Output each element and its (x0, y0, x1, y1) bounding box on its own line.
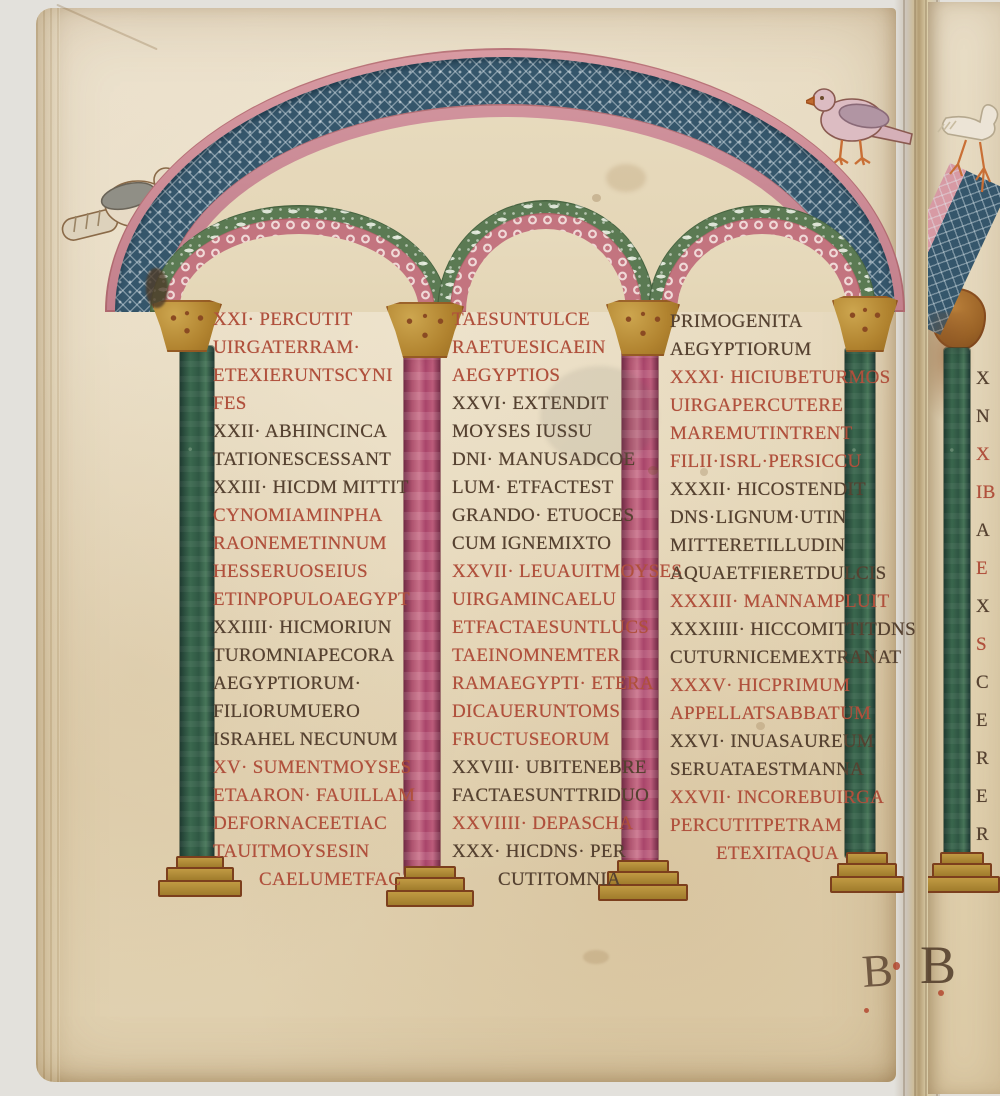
manuscript-line: XXIII· HICDM MITTIT (213, 474, 413, 502)
manuscript-line: HESSERUOSEIUS (213, 558, 413, 586)
manuscript-line: MITTERETILLUDIN (670, 532, 875, 560)
manuscript-line: E (976, 702, 996, 740)
manuscript-line: XXXII· HICOSTENDIT (670, 476, 875, 504)
manuscript-line: MAREMUTINTRENT (670, 420, 875, 448)
manuscript-line: UIRGAPERCUTERE (670, 392, 875, 420)
manuscript-scan: XXI· PERCUTITUIRGATERRAM·ETEXIERUNTSCYNI… (0, 0, 1000, 1096)
manuscript-line: A (976, 512, 996, 550)
manuscript-line: XXVIIII· DEPASCHA (452, 810, 647, 838)
green-column (180, 346, 214, 862)
text-column-left: XXI· PERCUTITUIRGATERRAM·ETEXIERUNTSCYNI… (213, 306, 413, 894)
manuscript-line: XXXIII· MANNAMPLUIT (670, 588, 875, 616)
manuscript-line: SERUATAESTMANNA (670, 756, 875, 784)
manuscript-line: AEGYPTIOS (452, 362, 647, 390)
manuscript-line: CUTURNICEMEXTRANAT (670, 644, 875, 672)
quire-mark: B (860, 943, 894, 998)
red-speck (893, 962, 900, 970)
manuscript-line: DEFORNACEETIAC (213, 810, 413, 838)
manuscript-line: AQUAETFIERETDULCIS (670, 560, 875, 588)
manuscript-line: LUM· ETFACTEST (452, 474, 647, 502)
bird-icon (936, 88, 1000, 200)
manuscript-line: ETEXIERUNTSCYNI (213, 362, 413, 390)
manuscript-line: PERCUTITPETRAM (670, 812, 875, 840)
manuscript-line: ETEXITAQUA (670, 840, 875, 868)
manuscript-line: TUROMNIAPECORA (213, 642, 413, 670)
text-column-middle: TAESUNTULCERAETUESICAEINAEGYPTIOSXXVI· E… (452, 306, 647, 894)
manuscript-line: ETAARON· FAUILLAM (213, 782, 413, 810)
manuscript-line: UIRGATERRAM· (213, 334, 413, 362)
manuscript-line: XXVI· INUASAUREUM (670, 728, 875, 756)
manuscript-line: RAETUESICAEIN (452, 334, 647, 362)
manuscript-line: ETFACTAESUNTLUCS (452, 614, 647, 642)
manuscript-line: CAELUMETFAC (213, 866, 413, 894)
manuscript-line: DICAUERUNTOMS (452, 698, 647, 726)
manuscript-line: XXVIII· UBITENEBRE (452, 754, 647, 782)
manuscript-line: RAMAEGYPTI· ETERA (452, 670, 647, 698)
manuscript-line: MOYSES IUSSU (452, 418, 647, 446)
manuscript-line: XV· SUMENTMOYSES (213, 754, 413, 782)
manuscript-line: APPELLATSABBATUM (670, 700, 875, 728)
right-folio: XNXIBAEXSCERER (928, 2, 1000, 1094)
manuscript-line: XXII· ABHINCINCA (213, 418, 413, 446)
manuscript-line: R (976, 816, 996, 854)
manuscript-line: XXIIII· HICMORIUN (213, 614, 413, 642)
manuscript-line: C (976, 664, 996, 702)
manuscript-line: DNI· MANUSADCOE (452, 446, 647, 474)
manuscript-line: E (976, 778, 996, 816)
manuscript-line: XXVII· LEUAUITMOYSES (452, 558, 647, 586)
manuscript-line: DNS·LIGNUM·UTIN (670, 504, 875, 532)
green-column (944, 348, 970, 858)
text-column-right: PRIMOGENITAAEGYPTIORUMXXXI· HICIUBETURMO… (670, 308, 875, 868)
manuscript-line: AEGYPTIORUM· (213, 670, 413, 698)
manuscript-line: CYNOMIAMINPHA (213, 502, 413, 530)
quire-mark: B (920, 934, 956, 996)
manuscript-line: XXXI· HICIUBETURMOS (670, 364, 875, 392)
manuscript-line: X (976, 436, 996, 474)
manuscript-line: X (976, 588, 996, 626)
manuscript-line: UIRGAMINCAELU (452, 586, 647, 614)
manuscript-line: FILII·ISRL·PERSICCU (670, 448, 875, 476)
manuscript-line: S (976, 626, 996, 664)
manuscript-line: R (976, 740, 996, 778)
manuscript-line: FACTAESUNTTRIDUO (452, 782, 647, 810)
column-base (928, 852, 1000, 893)
clipped-text-fragments: XNXIBAEXSCERER (976, 360, 996, 854)
manuscript-line: RAONEMETINNUM (213, 530, 413, 558)
manuscript-line: XXVI· EXTENDIT (452, 390, 647, 418)
manuscript-line: TATIONESCESSANT (213, 446, 413, 474)
manuscript-line: X (976, 360, 996, 398)
manuscript-line: FRUCTUSEORUM (452, 726, 647, 754)
manuscript-line: XXX· HICDNS· PER (452, 838, 647, 866)
red-speck (938, 990, 944, 996)
manuscript-line: ETINPOPULOAEGYPT (213, 586, 413, 614)
manuscript-line: IB (976, 474, 996, 512)
manuscript-line: E (976, 550, 996, 588)
manuscript-line: FILIORUMUERO (213, 698, 413, 726)
manuscript-line: ISRAHEL NECUNUM (213, 726, 413, 754)
manuscript-line: XXVII· INCOREBUIRGA (670, 784, 875, 812)
manuscript-line: N (976, 398, 996, 436)
manuscript-line: TAEINOMNEMTER (452, 642, 647, 670)
manuscript-line: GRANDO· ETUOCES (452, 502, 647, 530)
manuscript-line: CUTITOMNIA (452, 866, 647, 894)
manuscript-line: AEGYPTIORUM (670, 336, 875, 364)
manuscript-line: XXXIIII· HICCOMITTITDNS (670, 616, 875, 644)
manuscript-line: TAESUNTULCE (452, 306, 647, 334)
manuscript-line: XXXV· HICPRIMUM (670, 672, 875, 700)
red-speck (864, 1008, 869, 1013)
manuscript-line: FES (213, 390, 413, 418)
manuscript-line: XXI· PERCUTIT (213, 306, 413, 334)
manuscript-line: TAUITMOYSESIN (213, 838, 413, 866)
manuscript-line: PRIMOGENITA (670, 308, 875, 336)
manuscript-line: CUM IGNEMIXTO (452, 530, 647, 558)
